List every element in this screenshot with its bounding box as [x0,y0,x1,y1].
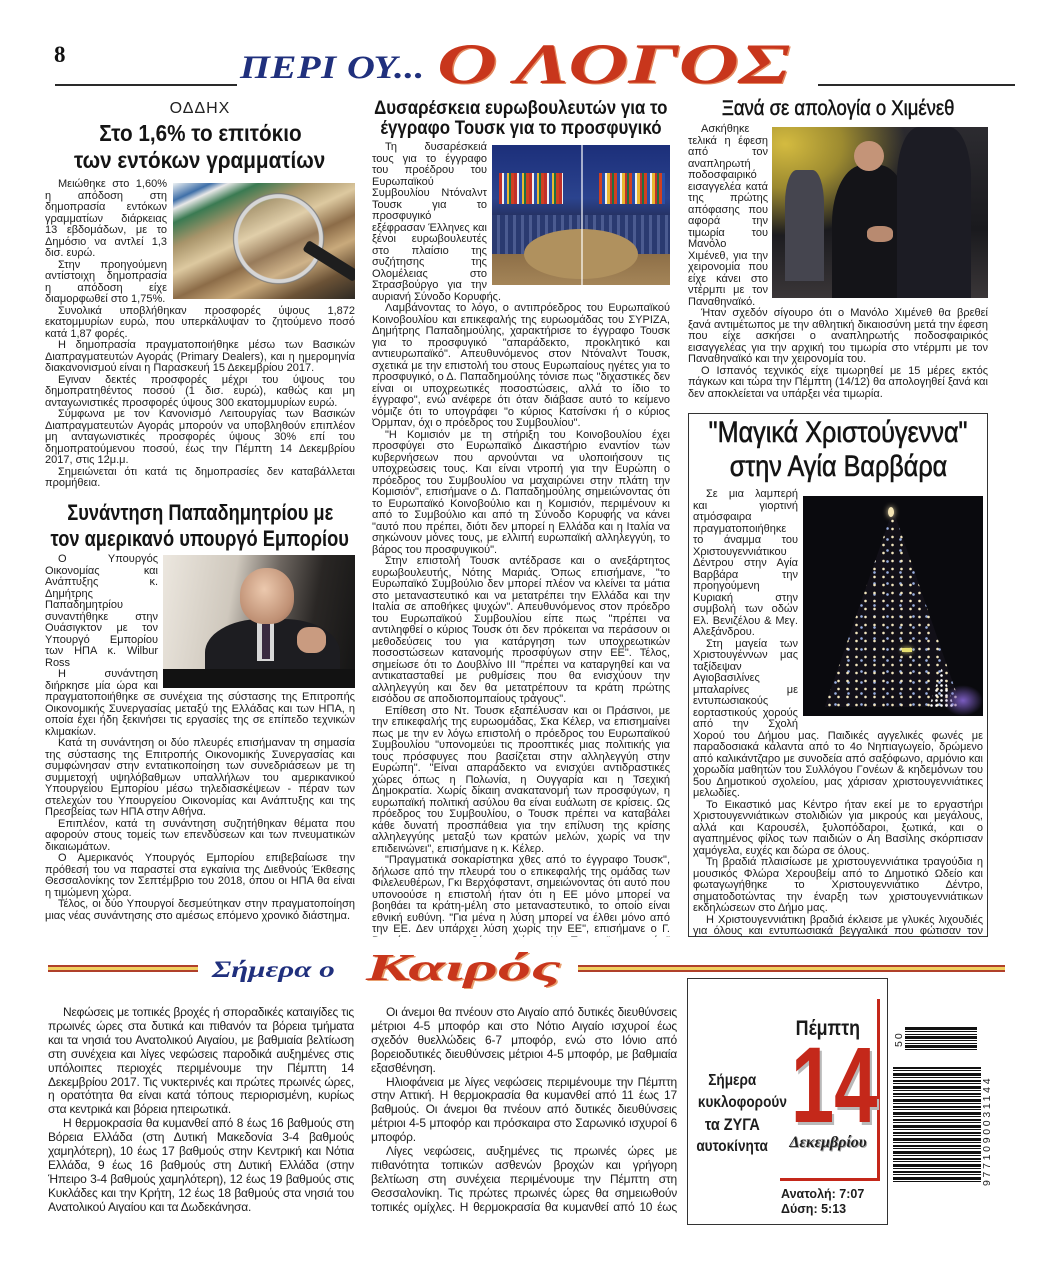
article-body: Μειώθηκε στο 1,60% η απόδοση στη δημοπρα… [45,179,355,490]
notice-text: αυτοκίνητα [696,1136,768,1158]
article-headline-line: στην Αγία Βαρβάρα [693,450,983,484]
weather-banner-title: Καιρός [366,949,561,987]
page-number: 8 [54,43,66,66]
calendar-red-rule-horizontal [780,1178,880,1181]
barcode-digits: 9771090031144 [981,1064,993,1186]
paragraph: Στην επιστολή Τουσκ αντέδρασε και ο ανεξ… [372,556,670,706]
paragraph: "Η Κομισιόν με τη στήριξη του Κοινοβουλί… [372,430,670,557]
header-rule-left [55,84,237,86]
paragraph: Η Χριστουγεννιάτικη βραδιά έκλεισε με γλ… [693,915,983,938]
calendar-day-number: 14 [774,1031,882,1139]
headline-text: τον αμερικανό υπουργό Εμπορίου [51,526,349,552]
paragraph: Σύμφωνα με τον Κανονισμό Λειτουργίας των… [45,409,355,467]
barcode-bars [893,1067,981,1184]
headline-text: έγγραφο Τουσκ για το προσφυγικό [380,119,661,139]
calendar-month: Δεκεμβρίου [780,1134,876,1152]
colored-lights [943,685,983,716]
paragraph: Η δημοπρασία πραγματοποιήθηκε μέσω των Β… [45,340,355,375]
article-headline-line: Δυσαρέσκεια ευρωβουλευτών για το [372,99,670,119]
coach-hand [867,226,893,241]
barcode-addon-bars [905,1027,977,1052]
paragraph: Το Εικαστικό μας Κέντρο ήταν εκεί με το … [693,800,983,858]
headline-text: Δυσαρέσκεια ευρωβουλευτών για το [374,99,667,119]
notice-text: τα ΖΥΓΑ [705,1114,760,1136]
paragraph: Λαμβάνοντας το λόγο, ο αντιπρόεδρος του … [372,303,670,430]
article-headline: Ξανά σε απολογία ο Χιμένεθ [688,97,988,121]
photo-coach-sideline [772,127,988,298]
paragraph: Ο Αμερικανός Υπουργός Εμπορίου επιβεβαίω… [45,853,355,899]
article-headline-line: των εντόκων γραμματίων [45,147,355,174]
article-tusk: Δυσαρέσκεια ευρωβουλευτών για το έγγραφο… [372,99,670,937]
notice-text: Σήμερα [708,1070,756,1092]
article-christmas-box: "Μαγικά Χριστούγεννα" στην Αγία Βαρβάρα … [688,413,988,937]
article-headline-line: Συνάντηση Παπαδημητρίου με [45,500,355,526]
paragraph: Τη βραδιά πλαισίωσε με χριστουγεννιάτικα… [693,857,983,915]
paragraph: Οι άνεμοι θα πνέουν στο Αιγαίο από δυτικ… [371,1006,677,1076]
paragraph: "Πραγματικά σοκαρίστηκα χθες από το έγγρ… [372,855,670,937]
headline-text: Ξανά σε απολογία ο Χιμένεθ [722,97,955,121]
figure-tie [262,624,270,659]
article-kicker: ΟΔΔΗΧ [45,98,355,120]
article-headline-line: τον αμερικανό υπουργό Εμπορίου [45,526,355,552]
article-headline-line: έγγραφο Τουσκ για το προσφυγικό [372,119,670,139]
article-body: Τη δυσαρέσκειά τους για το έγγραφο του π… [372,142,670,937]
headline-text: Στο 1,6% το επιτόκιο [99,120,301,147]
odd-even-notice-line: τα ΖΥΓΑ [690,1114,774,1136]
paragraph: Επιπλέον, κατά τη συνάντηση συζητήθηκαν … [45,819,355,854]
article-body: Ασκήθηκε τελικά η έφεση από τον αναπληρω… [688,124,988,400]
tree-top-star [888,507,894,517]
paragraph: Ηλιοφάνεια με λίγες νεφώσεις περιμένουμε… [371,1076,677,1146]
background-person [785,170,824,281]
paragraph: Τέλος, οι δύο Υπουργοί δεσμεύτηκαν στην … [45,899,355,922]
sunset-time: Δύση: 5:13 [781,1202,846,1217]
article-headline-line: Στο 1,6% το επιτόκιο [45,120,355,147]
sunrise-time: Ανατολή: 7:07 [781,1187,864,1202]
headline-text: "Μαγικά Χριστούγεννα" [709,416,968,450]
article-meeting: Συνάντηση Παπαδημητρίου με τον αμερικανό… [45,500,355,936]
photo-divider [581,145,583,285]
odd-even-notice-line: κυκλοφορούν [690,1092,774,1114]
photo-christmas-tree [803,496,983,716]
weather-banner-rule-left [48,965,198,973]
headline-text: στην Αγία Βαρβάρα [729,450,947,484]
paragraph: Η θερμοκρασία θα κυμανθεί από 8 έως 16 β… [48,1117,354,1214]
paragraph: Νεφώσεις με τοπικές βροχές ή σποραδικές … [48,1006,354,1117]
photo-magnifying-glass-banknotes [173,183,355,299]
light-spot [902,648,912,652]
flags-right [599,173,665,204]
masthead-title: Ο ΛΟΓΟΣ [437,36,790,93]
photo-european-parliament [492,145,670,285]
weather-banner-prefix: Σήμερα ο [212,958,335,981]
weather-banner-rule-right [578,965,1005,973]
paragraph: Κατά τη συνάντηση οι δύο πλευρές επισήμα… [45,738,355,819]
figure-hand [297,627,326,654]
article-body: Σε μια λαμπερή και γιορτινή ατμόσφαιρα π… [693,489,983,937]
photo-minister-portrait [163,555,355,688]
paragraph: Ήταν σχεδόν σίγουρο ότι ο Μανόλο Χιμένεθ… [688,308,988,366]
calendar-box: Σήμερα κυκλοφορούν τα ΖΥΓΑ αυτοκίνητα Πέ… [687,978,888,1225]
odd-even-notice-line: Σήμερα [690,1070,774,1092]
paragraph: Εγιναν δεκτές προσφορές μέχρι του ύψους … [45,375,355,410]
paragraph: Σημειώνεται ότι κατά τις δημοπρασίες δεν… [45,467,355,490]
paragraph: Συνολικά υποβλήθηκαν προσφορές ύψους 1,8… [45,306,355,341]
paragraph: Ο Ισπανός τεχνικός είχε τιμωρηθεί με 15 … [688,366,988,401]
article-tbills: ΟΔΔΗΧ Στο 1,6% το επιτόκιο των εντόκων γ… [45,98,355,495]
weather-forecast-text: Νεφώσεις με τοπικές βροχές ή σποραδικές … [48,1006,677,1232]
barcode-addon-digits: 50 [893,1027,905,1051]
headline-text: Συνάντηση Παπαδημητρίου με [67,500,333,526]
second-figure [897,127,970,298]
magnifier-handle [302,240,355,282]
figure-head [240,568,294,624]
headline-text: των εντόκων γραμματίων [74,147,325,174]
article-headline-line: "Μαγικά Χριστούγεννα" [693,416,983,450]
header-rule-right [818,84,1015,86]
odd-even-notice-line: αυτοκίνητα [690,1136,774,1158]
desk [163,669,355,688]
article-jimenez: Ξανά σε απολογία ο Χιμένεθ Ασκήθηκε τελι… [688,97,988,402]
masthead-prefix: ΠΕΡΙ ΟΥ... [240,52,425,85]
day-text: 14 [791,1031,878,1139]
flags-left [499,173,563,204]
paragraph: Επίθεση στο Ντ. Τουσκ εξαπέλυσαν και οι … [372,706,670,856]
article-body: Ο Υπουργός Οικονομίας και Ανάπτυξης κ. Δ… [45,554,355,922]
